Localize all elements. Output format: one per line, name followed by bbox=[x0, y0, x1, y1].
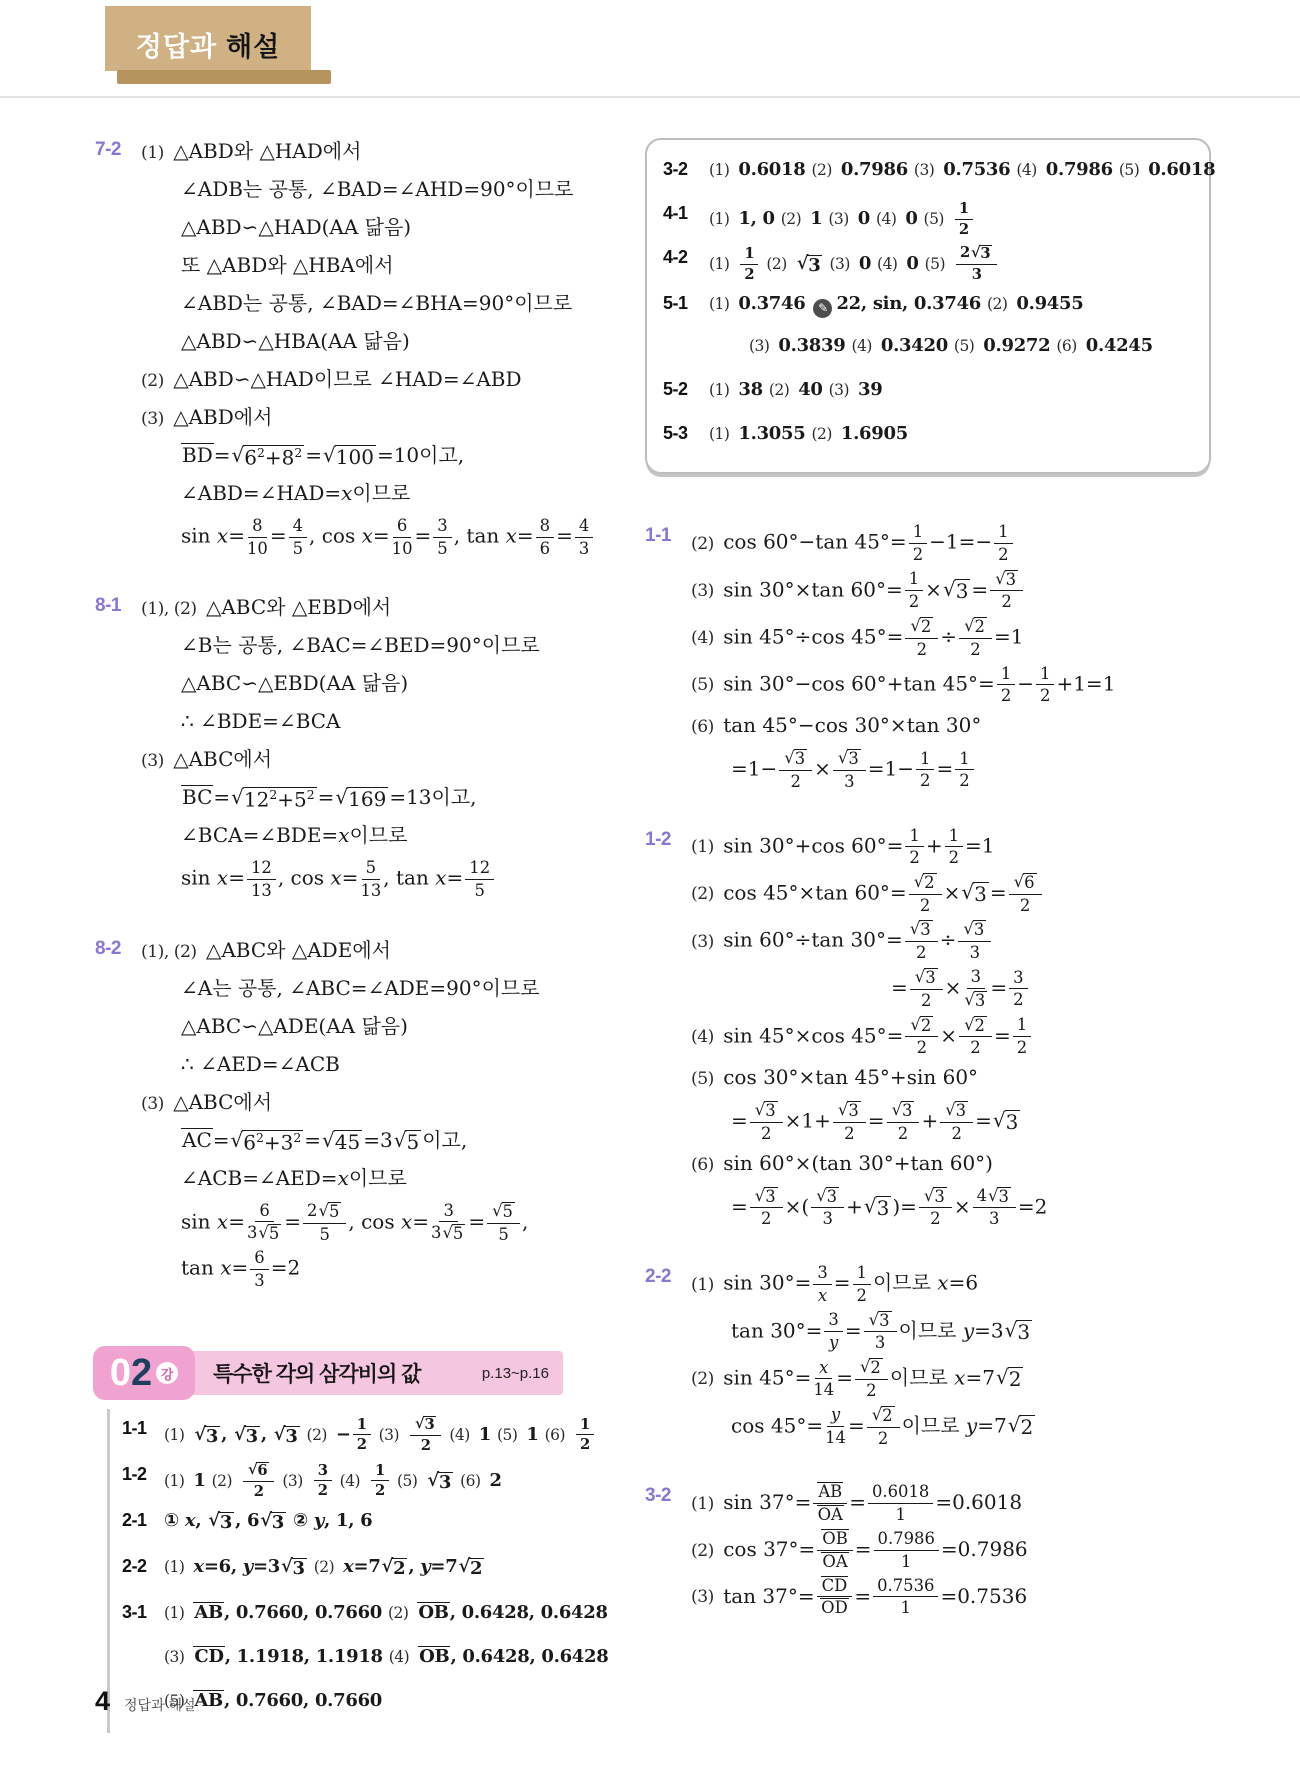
exponent: 2 bbox=[307, 787, 315, 802]
fraction: 12 bbox=[909, 522, 927, 564]
item-marker: (3) bbox=[829, 381, 849, 399]
item-marker: (3) bbox=[691, 932, 714, 952]
variable: x bbox=[362, 524, 373, 548]
numerator: 1 bbox=[909, 522, 927, 544]
solution-body: (1), (2) △ABC와 △ADE에서∠A는 공통, ∠ABC=∠ADE=9… bbox=[141, 933, 567, 1293]
denominator: 3 bbox=[970, 942, 980, 963]
solution-line: ∠ADB는 공통, ∠BAD=∠AHD=90°이므로 bbox=[141, 172, 567, 210]
solution-label: 1-2 bbox=[122, 1459, 164, 1503]
item-marker: (2) bbox=[691, 1369, 714, 1389]
radicand: 6 bbox=[1023, 873, 1036, 893]
numerator: 5 bbox=[362, 858, 380, 880]
item-marker: (3) bbox=[829, 255, 849, 273]
solution-line: ∠A는 공통, ∠ABC=∠ADE=90°이므로 bbox=[141, 971, 567, 1009]
solution-line: (4) sin 45°÷cos 45°=√22÷√22=1 bbox=[691, 614, 1211, 662]
variable: y bbox=[243, 1556, 253, 1577]
numerator: 1 bbox=[916, 749, 934, 771]
radicand: 3 bbox=[919, 920, 932, 940]
numerator: 6 bbox=[250, 1248, 268, 1270]
item-marker: (5) bbox=[397, 1472, 417, 1490]
fraction: CDOD bbox=[817, 1576, 853, 1619]
fraction: 125 bbox=[465, 858, 494, 900]
solution-body: (1) sin 30°=3x=12이므로 x=6tan 30°=3y=√33이므… bbox=[691, 1261, 1211, 1450]
badge-title-left: 정답과 bbox=[136, 25, 217, 64]
radicand: 2 bbox=[920, 1016, 933, 1036]
fraction: 12 bbox=[905, 569, 923, 611]
numerator: 0.7536 bbox=[873, 1576, 938, 1598]
item-marker: (3) bbox=[828, 210, 848, 228]
denominator: 2 bbox=[580, 1435, 590, 1454]
solution-label: 7-2 bbox=[95, 134, 141, 560]
square-root: √2 bbox=[964, 617, 987, 637]
radicand: 3 bbox=[979, 245, 992, 263]
solution-line: (1) 1 (2) √62 (3) 32 (4) 12 (5) √3 (6) 2 bbox=[164, 1459, 563, 1503]
square-root: √2 bbox=[458, 1558, 484, 1580]
denominator: 3 bbox=[989, 1208, 999, 1229]
square-root: √3 bbox=[924, 1187, 947, 1207]
denominator: 2 bbox=[1020, 895, 1030, 916]
square-root: √3 bbox=[274, 1426, 300, 1448]
denominator: 2 bbox=[909, 591, 919, 612]
numerator: 1 bbox=[905, 826, 923, 848]
denominator: 2 bbox=[959, 770, 969, 791]
fraction: 86 bbox=[536, 516, 554, 558]
radicand: 3 bbox=[878, 1311, 891, 1331]
denominator: 2 bbox=[1001, 685, 1011, 706]
denominator: 2 bbox=[930, 1208, 940, 1229]
header-divider bbox=[0, 96, 1300, 98]
fraction: √33 bbox=[864, 1310, 897, 1354]
badge-background: 정답과 해설 bbox=[105, 6, 311, 71]
solution-label: 2-2 bbox=[645, 1261, 691, 1450]
solution-body: (1) sin 30°+cos 60°=12+12=1(2) cos 45°×t… bbox=[691, 824, 1211, 1232]
radicand: 3 bbox=[764, 1187, 777, 1207]
fraction: 1213 bbox=[247, 858, 276, 900]
solution-line: 또 △ABD와 △HBA에서 bbox=[141, 248, 567, 286]
radicand: 3 bbox=[1005, 570, 1018, 590]
solution-block: 3-2(1) sin 37°=ABOA=0.60181=0.6018(2) co… bbox=[645, 1480, 1211, 1620]
square-root: √5 bbox=[318, 1202, 341, 1222]
solution-line: ∠ACB=∠AED=x이므로 bbox=[141, 1161, 567, 1199]
denominator: 6 bbox=[540, 538, 550, 559]
numerator: √2 bbox=[867, 1405, 900, 1428]
square-root: √3 bbox=[838, 1101, 861, 1121]
radicand: 45 bbox=[334, 1130, 362, 1154]
solution-line: (2) cos 37°=OBOA=0.79861=0.7986 bbox=[691, 1527, 1211, 1574]
variable: x bbox=[193, 1556, 203, 1577]
radicand: 3 bbox=[924, 968, 937, 988]
exponent: 2 bbox=[269, 787, 277, 802]
solution-block: 8-1(1), (2) △ABC와 △EBD에서∠B는 공통, ∠BAC=∠BE… bbox=[95, 590, 567, 902]
radicand: 3 bbox=[794, 749, 807, 769]
radicand: 3 bbox=[933, 1187, 946, 1207]
radicand: 2 bbox=[869, 1358, 882, 1378]
solution-block: 1-2(1) sin 30°+cos 60°=12+12=1(2) cos 45… bbox=[645, 824, 1211, 1232]
solution-line: (1) sin 37°=ABOA=0.60181=0.6018 bbox=[691, 1480, 1211, 1527]
square-root: √3 bbox=[755, 1187, 778, 1207]
badge-ribbon-fold bbox=[117, 70, 331, 84]
square-root: √3 bbox=[260, 1512, 286, 1534]
solution-block: 8-2(1), (2) △ABC와 △ADE에서∠A는 공통, ∠ABC=∠AD… bbox=[95, 933, 567, 1293]
denominator: y bbox=[829, 1332, 838, 1353]
solution-line: (2) sin 45°=x14=√22이므로 x=7√2 bbox=[691, 1355, 1211, 1403]
numerator: √2 bbox=[959, 1015, 992, 1038]
square-root: √3 bbox=[943, 579, 970, 603]
exponent: 2 bbox=[293, 1130, 301, 1145]
item-marker: (6) bbox=[691, 717, 714, 737]
fraction: 32 bbox=[1009, 968, 1027, 1010]
numerator: 4 bbox=[289, 516, 307, 538]
item-marker: (2) bbox=[781, 210, 801, 228]
fraction: 0.60181 bbox=[868, 1482, 933, 1524]
square-root: √6 bbox=[1014, 873, 1037, 893]
square-root: √5 bbox=[258, 1224, 281, 1244]
radicand: 3 bbox=[764, 1101, 777, 1121]
variable: x bbox=[819, 1358, 828, 1377]
item-marker: (4) bbox=[691, 628, 714, 648]
radicand: 3 bbox=[271, 1512, 286, 1534]
denominator: 2 bbox=[1013, 989, 1023, 1010]
section-number-second-digit: 2 bbox=[131, 1352, 152, 1395]
denominator: 13 bbox=[360, 880, 381, 901]
item-marker: (3) bbox=[379, 1426, 399, 1444]
denominator: 2 bbox=[949, 847, 959, 868]
solution-block: 2-2(1) sin 30°=3x=12이므로 x=6tan 30°=3y=√3… bbox=[645, 1261, 1211, 1450]
denominator: 2 bbox=[790, 771, 800, 792]
right-column: 3-2(1) 0.6018 (2) 0.7986 (3) 0.7536 (4) … bbox=[645, 130, 1211, 1650]
radicand: 3 bbox=[973, 882, 989, 906]
section-02: 02 강 특수한 각의 삼각비의 값 p.13~p.16 1-1(1) √3, … bbox=[95, 1346, 563, 1733]
segment-overline: AB bbox=[817, 1482, 843, 1502]
fraction: 12 bbox=[945, 826, 963, 868]
item-marker: (6) bbox=[545, 1426, 565, 1444]
square-root: √3 bbox=[988, 1187, 1011, 1207]
denominator: 2 bbox=[921, 990, 931, 1011]
item-marker: (5) bbox=[924, 210, 944, 228]
solution-line: (1) 0.3746 ✎22, sin, 0.3746 (2) 0.9455 bbox=[709, 288, 1195, 330]
solution-line: △ABC∽△ADE(AA 닮음) bbox=[141, 1009, 567, 1047]
denominator: 3 bbox=[875, 1332, 885, 1353]
solution-line: ∠ABD=∠HAD=x이므로 bbox=[141, 476, 567, 514]
segment-overline: CD bbox=[821, 1576, 849, 1596]
radicand: 2 bbox=[392, 1558, 407, 1580]
solution-block: 3-2(1) 0.6018 (2) 0.7986 (3) 0.7536 (4) … bbox=[663, 154, 1195, 196]
section-unit-chip: 강 bbox=[156, 1362, 178, 1384]
item-marker: (6) bbox=[460, 1472, 480, 1490]
solution-body: (1) 1, 0 (2) 1 (3) 0 (4) 0 (5) 12 bbox=[709, 198, 1195, 240]
denominator: 2 bbox=[421, 1436, 431, 1455]
solution-line: (4) sin 45°×cos 45°=√22×√22=12 bbox=[691, 1013, 1211, 1061]
fraction: √32 bbox=[833, 1100, 866, 1144]
solution-line: (1) 38 (2) 40 (3) 39 bbox=[709, 374, 1195, 416]
numerator: √3 bbox=[919, 1186, 952, 1209]
square-root: √3 bbox=[415, 1416, 436, 1434]
solution-line: (1) 12 (2) √3 (3) 0 (4) 0 (5) 2√33 bbox=[709, 242, 1195, 286]
solution-line: (1) 1.3055 (2) 1.6905 bbox=[709, 418, 1195, 460]
segment-overline: OB bbox=[417, 1602, 449, 1624]
solution-label: 2-2 bbox=[122, 1551, 164, 1595]
numerator: √3 bbox=[940, 1100, 973, 1123]
numerator: 1 bbox=[955, 749, 973, 771]
fraction: √32 bbox=[887, 1100, 920, 1144]
solution-body: (1) sin 37°=ABOA=0.60181=0.6018(2) cos 3… bbox=[691, 1480, 1211, 1620]
radicand: 2 bbox=[1019, 1415, 1035, 1439]
solution-line: AC=√62+32=√45=3√5이고, bbox=[141, 1123, 567, 1161]
square-root: √3 bbox=[961, 882, 988, 906]
square-root: √3 bbox=[427, 1472, 453, 1494]
item-marker: (2) bbox=[811, 425, 831, 443]
radicand: 3 bbox=[1016, 1320, 1032, 1344]
radicand: 169 bbox=[347, 787, 388, 811]
square-root: √2 bbox=[872, 1406, 895, 1426]
item-marker: (3) bbox=[749, 337, 769, 355]
radicand: 3 bbox=[292, 1558, 307, 1580]
fraction: 12 bbox=[853, 1263, 871, 1305]
numerator: √3 bbox=[779, 748, 812, 771]
solution-body: (1) △ABD와 △HAD에서∠ADB는 공통, ∠BAD=∠AHD=90°이… bbox=[141, 134, 567, 560]
fraction: 12 bbox=[955, 200, 973, 238]
radicand: 2 bbox=[1008, 1367, 1024, 1391]
denominator: 2 bbox=[970, 1037, 980, 1058]
variable: y bbox=[963, 1318, 974, 1342]
radicand: 5 bbox=[452, 1224, 465, 1244]
item-marker: (4) bbox=[691, 1027, 714, 1047]
numerator: √3 bbox=[905, 919, 938, 942]
numerator: 1 bbox=[853, 1263, 871, 1285]
variable: y bbox=[966, 1413, 977, 1437]
answer-box: 3-2(1) 0.6018 (2) 0.7986 (3) 0.7536 (4) … bbox=[645, 138, 1211, 474]
numerator: √2 bbox=[959, 616, 992, 639]
denominator: 2 bbox=[970, 639, 980, 660]
numerator: 1 bbox=[1036, 664, 1054, 686]
numerator: 3 bbox=[314, 1462, 332, 1482]
radicand: 3 bbox=[955, 1101, 968, 1121]
solution-block: 2-2(1) x=6, y=3√3 (2) x=7√2, y=7√2 bbox=[122, 1551, 563, 1595]
item-marker: (1) bbox=[141, 143, 164, 163]
radicand: 3 bbox=[219, 1512, 234, 1534]
numerator: 12 bbox=[465, 858, 494, 880]
item-marker: (1) bbox=[709, 425, 729, 443]
variable: x bbox=[220, 1256, 231, 1280]
solution-body: (1), (2) △ABC와 △EBD에서∠B는 공통, ∠BAC=∠BED=9… bbox=[141, 590, 567, 902]
item-marker: (3) bbox=[141, 751, 164, 771]
solution-line: cos 45°=y14=√22이므로 y=7√2 bbox=[691, 1403, 1211, 1451]
denominator: 5 bbox=[474, 880, 484, 901]
radicand: 5 bbox=[268, 1224, 281, 1244]
page-footer: 4 정답과 해설 bbox=[95, 1686, 196, 1717]
radicand: 3 bbox=[901, 1101, 914, 1121]
variable: y bbox=[314, 1510, 324, 1531]
numerator: √2 bbox=[855, 1357, 888, 1380]
radicand: 2 bbox=[881, 1406, 894, 1426]
square-root: √62+32 bbox=[231, 1130, 304, 1155]
fraction: √22 bbox=[905, 616, 938, 660]
radicand: 3 bbox=[1005, 1110, 1021, 1134]
numerator: 0.6018 bbox=[868, 1482, 933, 1504]
solution-line: sin x=810=45, cos x=610=35, tan x=86=43 bbox=[141, 514, 567, 560]
fraction: 35 bbox=[433, 516, 451, 558]
item-marker: (5) bbox=[925, 255, 945, 273]
denominator: 3 bbox=[254, 1270, 264, 1291]
item-marker: (1) bbox=[164, 1472, 184, 1490]
denominator: 2 bbox=[1040, 685, 1050, 706]
section-quick-answers: 1-1(1) √3, √3, √3 (2) −12 (3) √32 (4) 1 … bbox=[107, 1409, 563, 1733]
radicand: 5 bbox=[328, 1202, 341, 1222]
solution-line: (1) sin 30°+cos 60°=12+12=1 bbox=[691, 824, 1211, 870]
denominator: 2 bbox=[916, 942, 926, 963]
segment-overline: OA bbox=[821, 1552, 848, 1572]
solution-line: (3) tan 37°=CDOD=0.75361=0.7536 bbox=[691, 1574, 1211, 1621]
solution-body: (1) 1 (2) √62 (3) 32 (4) 12 (5) √3 (6) 2 bbox=[164, 1459, 563, 1503]
solution-line: (3) sin 30°×tan 60°=12×√3=√32 bbox=[691, 567, 1211, 615]
denominator: 2 bbox=[951, 1123, 961, 1144]
variable: x bbox=[435, 866, 446, 890]
fraction: 33√5 bbox=[431, 1201, 466, 1245]
fraction: √32 bbox=[750, 1100, 783, 1144]
fraction: 12 bbox=[371, 1462, 389, 1500]
square-root: √3 bbox=[1005, 1320, 1032, 1344]
numerator: 6 bbox=[393, 516, 411, 538]
denominator: 2 bbox=[357, 1435, 367, 1454]
item-marker: (4) bbox=[340, 1472, 360, 1490]
numerator: 3 bbox=[967, 967, 985, 989]
numerator: √3 bbox=[990, 569, 1023, 592]
denominator: 5 bbox=[293, 538, 303, 559]
square-root: √3 bbox=[755, 1101, 778, 1121]
segment-overline: OA bbox=[817, 1505, 844, 1525]
variable: x bbox=[341, 481, 352, 505]
solution-line: (6) sin 60°×(tan 30°+tan 60°) bbox=[691, 1146, 1211, 1184]
denominator: 2 bbox=[1001, 591, 1011, 612]
fraction: √55 bbox=[487, 1201, 520, 1245]
numerator: 2√5 bbox=[303, 1201, 346, 1224]
denominator: 2 bbox=[998, 544, 1008, 565]
fraction: 12 bbox=[997, 664, 1015, 706]
square-root: √3 bbox=[892, 1101, 915, 1121]
badge-title-right: 해설 bbox=[226, 25, 280, 64]
fraction: 32 bbox=[314, 1462, 332, 1500]
segment-overline: OB bbox=[821, 1529, 848, 1549]
item-marker: (3) bbox=[141, 409, 164, 429]
square-root: √2 bbox=[914, 873, 937, 893]
fraction: 610 bbox=[392, 516, 413, 558]
radicand: 3 bbox=[847, 749, 860, 769]
item-marker: (2) bbox=[141, 371, 164, 391]
variable: x bbox=[937, 1271, 948, 1295]
variable: x bbox=[506, 524, 517, 548]
item-marker: (4) bbox=[389, 1648, 409, 1666]
square-root: √5 bbox=[394, 1130, 421, 1154]
solution-body: (1) AB, 0.7660, 0.7660 (2) OB, 0.6428, 0… bbox=[164, 1597, 563, 1729]
numerator: √3 bbox=[833, 1100, 866, 1123]
section-number-badge: 02 강 bbox=[93, 1346, 195, 1400]
numerator: 1 bbox=[997, 664, 1015, 686]
solution-block: 1-1(2) cos 60°−tan 45°=12−1=−12(3) sin 3… bbox=[645, 520, 1211, 793]
numerator: 12 bbox=[247, 858, 276, 880]
exponent: 2 bbox=[257, 445, 265, 460]
radicand: 3 bbox=[245, 1426, 260, 1448]
left-column-solutions: 7-2(1) △ABD와 △HAD에서∠ADB는 공통, ∠BAD=∠AHD=9… bbox=[95, 134, 567, 1323]
numerator: 1 bbox=[994, 522, 1012, 544]
numerator: y bbox=[827, 1405, 844, 1427]
radicand: 3 bbox=[423, 1416, 436, 1434]
solution-line: △ABD∽△HBA(AA 닮음) bbox=[141, 324, 567, 362]
square-root: √2 bbox=[996, 1367, 1023, 1391]
solution-line: ∴ ∠AED=∠ACB bbox=[141, 1047, 567, 1085]
denominator: 2 bbox=[913, 544, 923, 565]
fraction: 2√55 bbox=[303, 1201, 346, 1245]
fraction: 63 bbox=[250, 1248, 268, 1290]
item-marker: (1) bbox=[709, 381, 729, 399]
solution-label: 1-1 bbox=[645, 520, 691, 793]
square-root: √3 bbox=[864, 1196, 891, 1220]
numerator: 1 bbox=[945, 826, 963, 848]
solution-block: 5-2(1) 38 (2) 40 (3) 39 bbox=[663, 374, 1195, 416]
square-root: √3 bbox=[797, 255, 823, 277]
item-marker: (3) bbox=[141, 1094, 164, 1114]
solution-line: (1), (2) △ABC와 △EBD에서 bbox=[141, 590, 567, 628]
denominator: 13 bbox=[251, 880, 272, 901]
numerator: 2√3 bbox=[956, 244, 997, 265]
variable: x bbox=[217, 524, 228, 548]
item-marker: (3) bbox=[282, 1472, 302, 1490]
numerator: √3 bbox=[864, 1310, 897, 1333]
variable: x bbox=[338, 823, 349, 847]
radicand: 3 bbox=[997, 1187, 1010, 1207]
numerator: 1 bbox=[371, 1462, 389, 1482]
square-root: √3 bbox=[838, 749, 861, 769]
variable: x bbox=[401, 1209, 412, 1233]
denominator: 3 bbox=[579, 538, 589, 559]
solution-label: 1-1 bbox=[122, 1413, 164, 1457]
square-root: √2 bbox=[910, 1016, 933, 1036]
fraction: √62 bbox=[243, 1461, 274, 1501]
numerator: 8 bbox=[536, 516, 554, 538]
numerator: √3 bbox=[750, 1100, 783, 1123]
fraction: ABOA bbox=[813, 1482, 847, 1525]
denominator: 3√5 bbox=[247, 1222, 282, 1244]
radicand: 3 bbox=[807, 255, 822, 277]
solution-body: ① x, √3, 6√3 ② y, 1, 6 bbox=[164, 1505, 563, 1549]
square-root: √169 bbox=[335, 787, 388, 811]
square-root: √45 bbox=[322, 1130, 362, 1154]
numerator: 3 bbox=[813, 1263, 831, 1285]
square-root: √3 bbox=[945, 1101, 968, 1121]
item-marker: (2) bbox=[691, 534, 714, 554]
fraction: 12 bbox=[905, 826, 923, 868]
denominator: 2 bbox=[898, 1123, 908, 1144]
item-marker: (1) bbox=[709, 295, 729, 313]
item-marker: (2) bbox=[987, 295, 1007, 313]
radicand: 3 bbox=[955, 579, 971, 603]
solution-line: (1) △ABD와 △HAD에서 bbox=[141, 134, 567, 172]
solution-line: ∠BCA=∠BDE=x이므로 bbox=[141, 818, 567, 856]
fraction: 810 bbox=[247, 516, 268, 558]
solution-line: (3) CD, 1.1918, 1.1918 (4) OB, 0.6428, 0… bbox=[164, 1641, 563, 1685]
section-title: 특수한 각의 삼각비의 값 bbox=[213, 1358, 420, 1388]
solution-line: (6) tan 45°−cos 30°×tan 30° bbox=[691, 708, 1211, 746]
fraction: √32 bbox=[905, 919, 938, 963]
item-marker: (5) bbox=[691, 675, 714, 695]
item-marker: (2) bbox=[388, 1604, 408, 1622]
denominator: 2 bbox=[318, 1481, 328, 1500]
solution-line: BD=√62+82=√100=10이고, bbox=[141, 438, 567, 476]
variable: x bbox=[185, 1510, 195, 1531]
solution-line: =√32×3√3=32 bbox=[691, 965, 1211, 1013]
radicand: 62+32 bbox=[242, 1130, 303, 1155]
item-marker: (2) bbox=[766, 255, 786, 273]
denominator: 2 bbox=[878, 1428, 888, 1449]
